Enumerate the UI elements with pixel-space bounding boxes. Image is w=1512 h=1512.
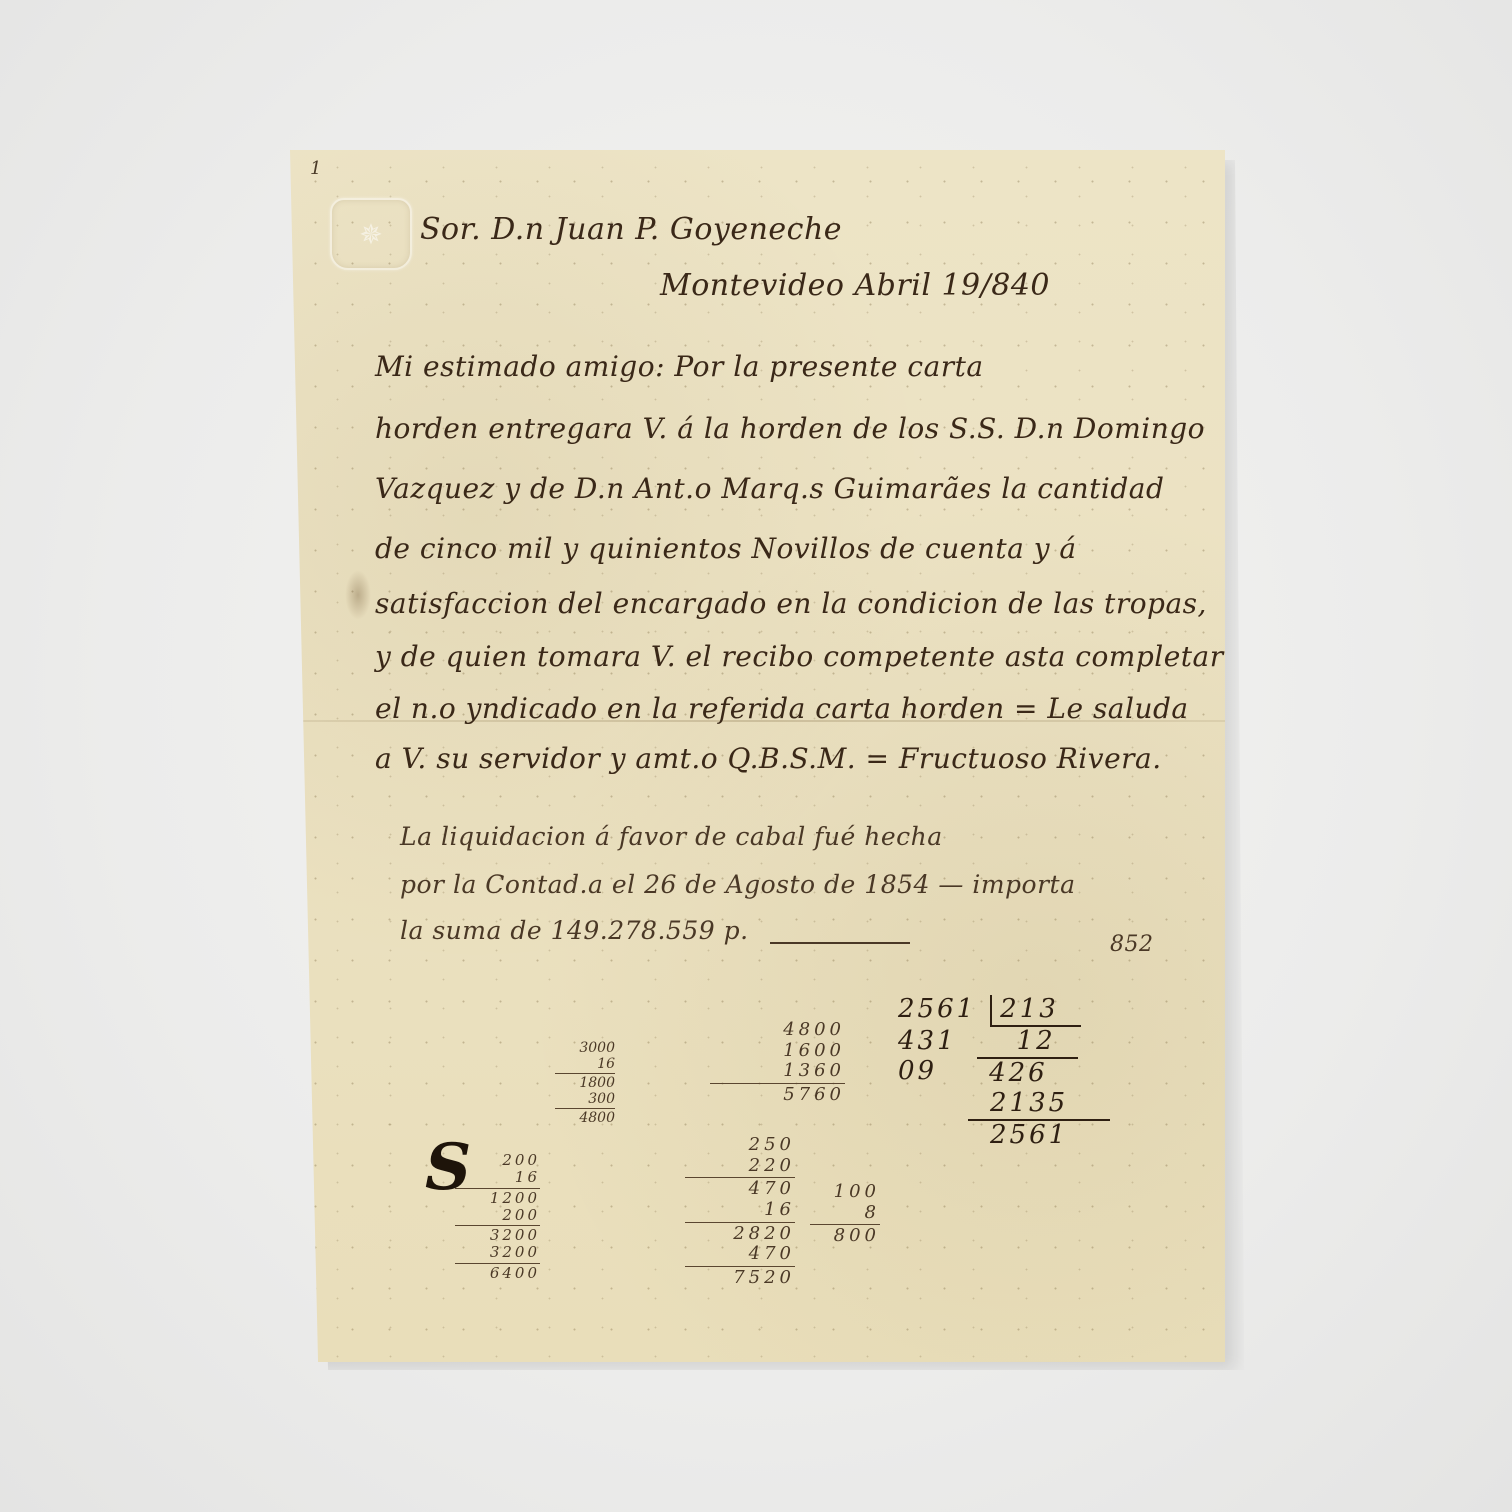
calc-value: 16 — [555, 1056, 615, 1072]
calc-value: 1600 — [710, 1041, 845, 1062]
division-dividend: 2561 — [898, 995, 976, 1027]
note-line: la suma de 149.278.559 p. — [400, 916, 749, 945]
calc-value: 1200 — [455, 1190, 540, 1207]
calc-value: 100 — [810, 1182, 880, 1203]
calc-value: 470 — [685, 1179, 795, 1200]
body-line: el n.o yndicado en la referida carta hor… — [375, 692, 1189, 725]
calc-lower-left: 200 16 1200 200 3200 3200 6400 — [455, 1152, 540, 1282]
division-quotient: 12 — [1017, 1027, 1056, 1057]
page-number: 1 — [310, 158, 321, 179]
division-remainder: 09 — [898, 1057, 937, 1089]
calc-value: 5760 — [710, 1085, 845, 1106]
body-line-signature: a V. su servidor y amt.o Q.B.S.M. = Fruc… — [375, 742, 1162, 775]
calc-left-column: 3000 16 1800 300 4800 — [555, 1040, 615, 1126]
dateline: Montevideo Abril 19/840 — [660, 268, 1050, 303]
calc-rule — [555, 1108, 615, 1109]
division-remainder: 431 — [898, 1027, 957, 1057]
letter-page: 1 ✵ Sor. D.n Juan P. Goyeneche Montevide… — [290, 150, 1225, 1362]
calc-value: 2820 — [685, 1224, 795, 1245]
calc-value: 200 — [455, 1207, 540, 1224]
note-margin-figure: 852 — [1110, 932, 1154, 957]
embossed-seal-icon: ✵ — [330, 198, 412, 270]
calc-division: 2561 213 431 12 09 426 2135 2561 — [898, 995, 1110, 1150]
body-line: Mi estimado amigo: Por la presente carta — [375, 350, 984, 383]
calc-value: 6400 — [455, 1265, 540, 1282]
calc-value: 800 — [810, 1226, 880, 1247]
calc-value: 200 — [455, 1152, 540, 1169]
body-line: satisfaccion del encargado en la condici… — [375, 587, 1207, 620]
calc-value: 220 — [685, 1156, 795, 1177]
note-line: por la Contad.a el 26 de Agosto de 1854 … — [400, 870, 1075, 899]
calc-value: 3000 — [555, 1040, 615, 1056]
division-divisor: 213 — [990, 995, 1081, 1027]
note-line: La liquidacion á favor de cabal fué hech… — [400, 822, 943, 851]
calc-value: 16 — [455, 1169, 540, 1186]
body-line: Vazquez y de D.n Ant.o Marq.s Guimarães … — [375, 472, 1164, 505]
calc-rule — [555, 1073, 615, 1074]
calc-value: 7520 — [685, 1268, 795, 1289]
calc-value: 4800 — [710, 1020, 845, 1041]
calc-value: 300 — [555, 1091, 615, 1107]
calc-lower-right: 100 8 800 — [810, 1182, 880, 1247]
body-line: y de quien tomara V. el recibo competent… — [375, 640, 1224, 673]
calc-value: 8 — [810, 1203, 880, 1224]
calc-value: 250 — [685, 1135, 795, 1156]
calc-value: 3200 — [455, 1244, 540, 1261]
calc-value: 1360 — [710, 1061, 845, 1082]
division-check: 426 — [977, 1057, 1078, 1089]
calc-value: 1800 — [555, 1075, 615, 1091]
calc-value: 3200 — [455, 1227, 540, 1244]
calc-value: 4800 — [555, 1110, 615, 1126]
addressee: Sor. D.n Juan P. Goyeneche — [420, 212, 842, 247]
underline-stroke — [770, 942, 910, 944]
calc-lower-middle: 250 220 470 16 2820 470 7520 — [685, 1135, 795, 1289]
calc-value: 470 — [685, 1244, 795, 1265]
calc-middle-top: 4800 1600 1360 5760 — [710, 1020, 845, 1106]
division-check: 2135 — [990, 1089, 1110, 1119]
body-line: horden entregara V. á la horden de los S… — [375, 412, 1205, 445]
ink-stain — [345, 570, 371, 620]
division-check: 2561 — [968, 1119, 1110, 1151]
body-line: de cinco mil y quinientos Novillos de cu… — [375, 532, 1077, 565]
calc-value: 16 — [685, 1200, 795, 1221]
